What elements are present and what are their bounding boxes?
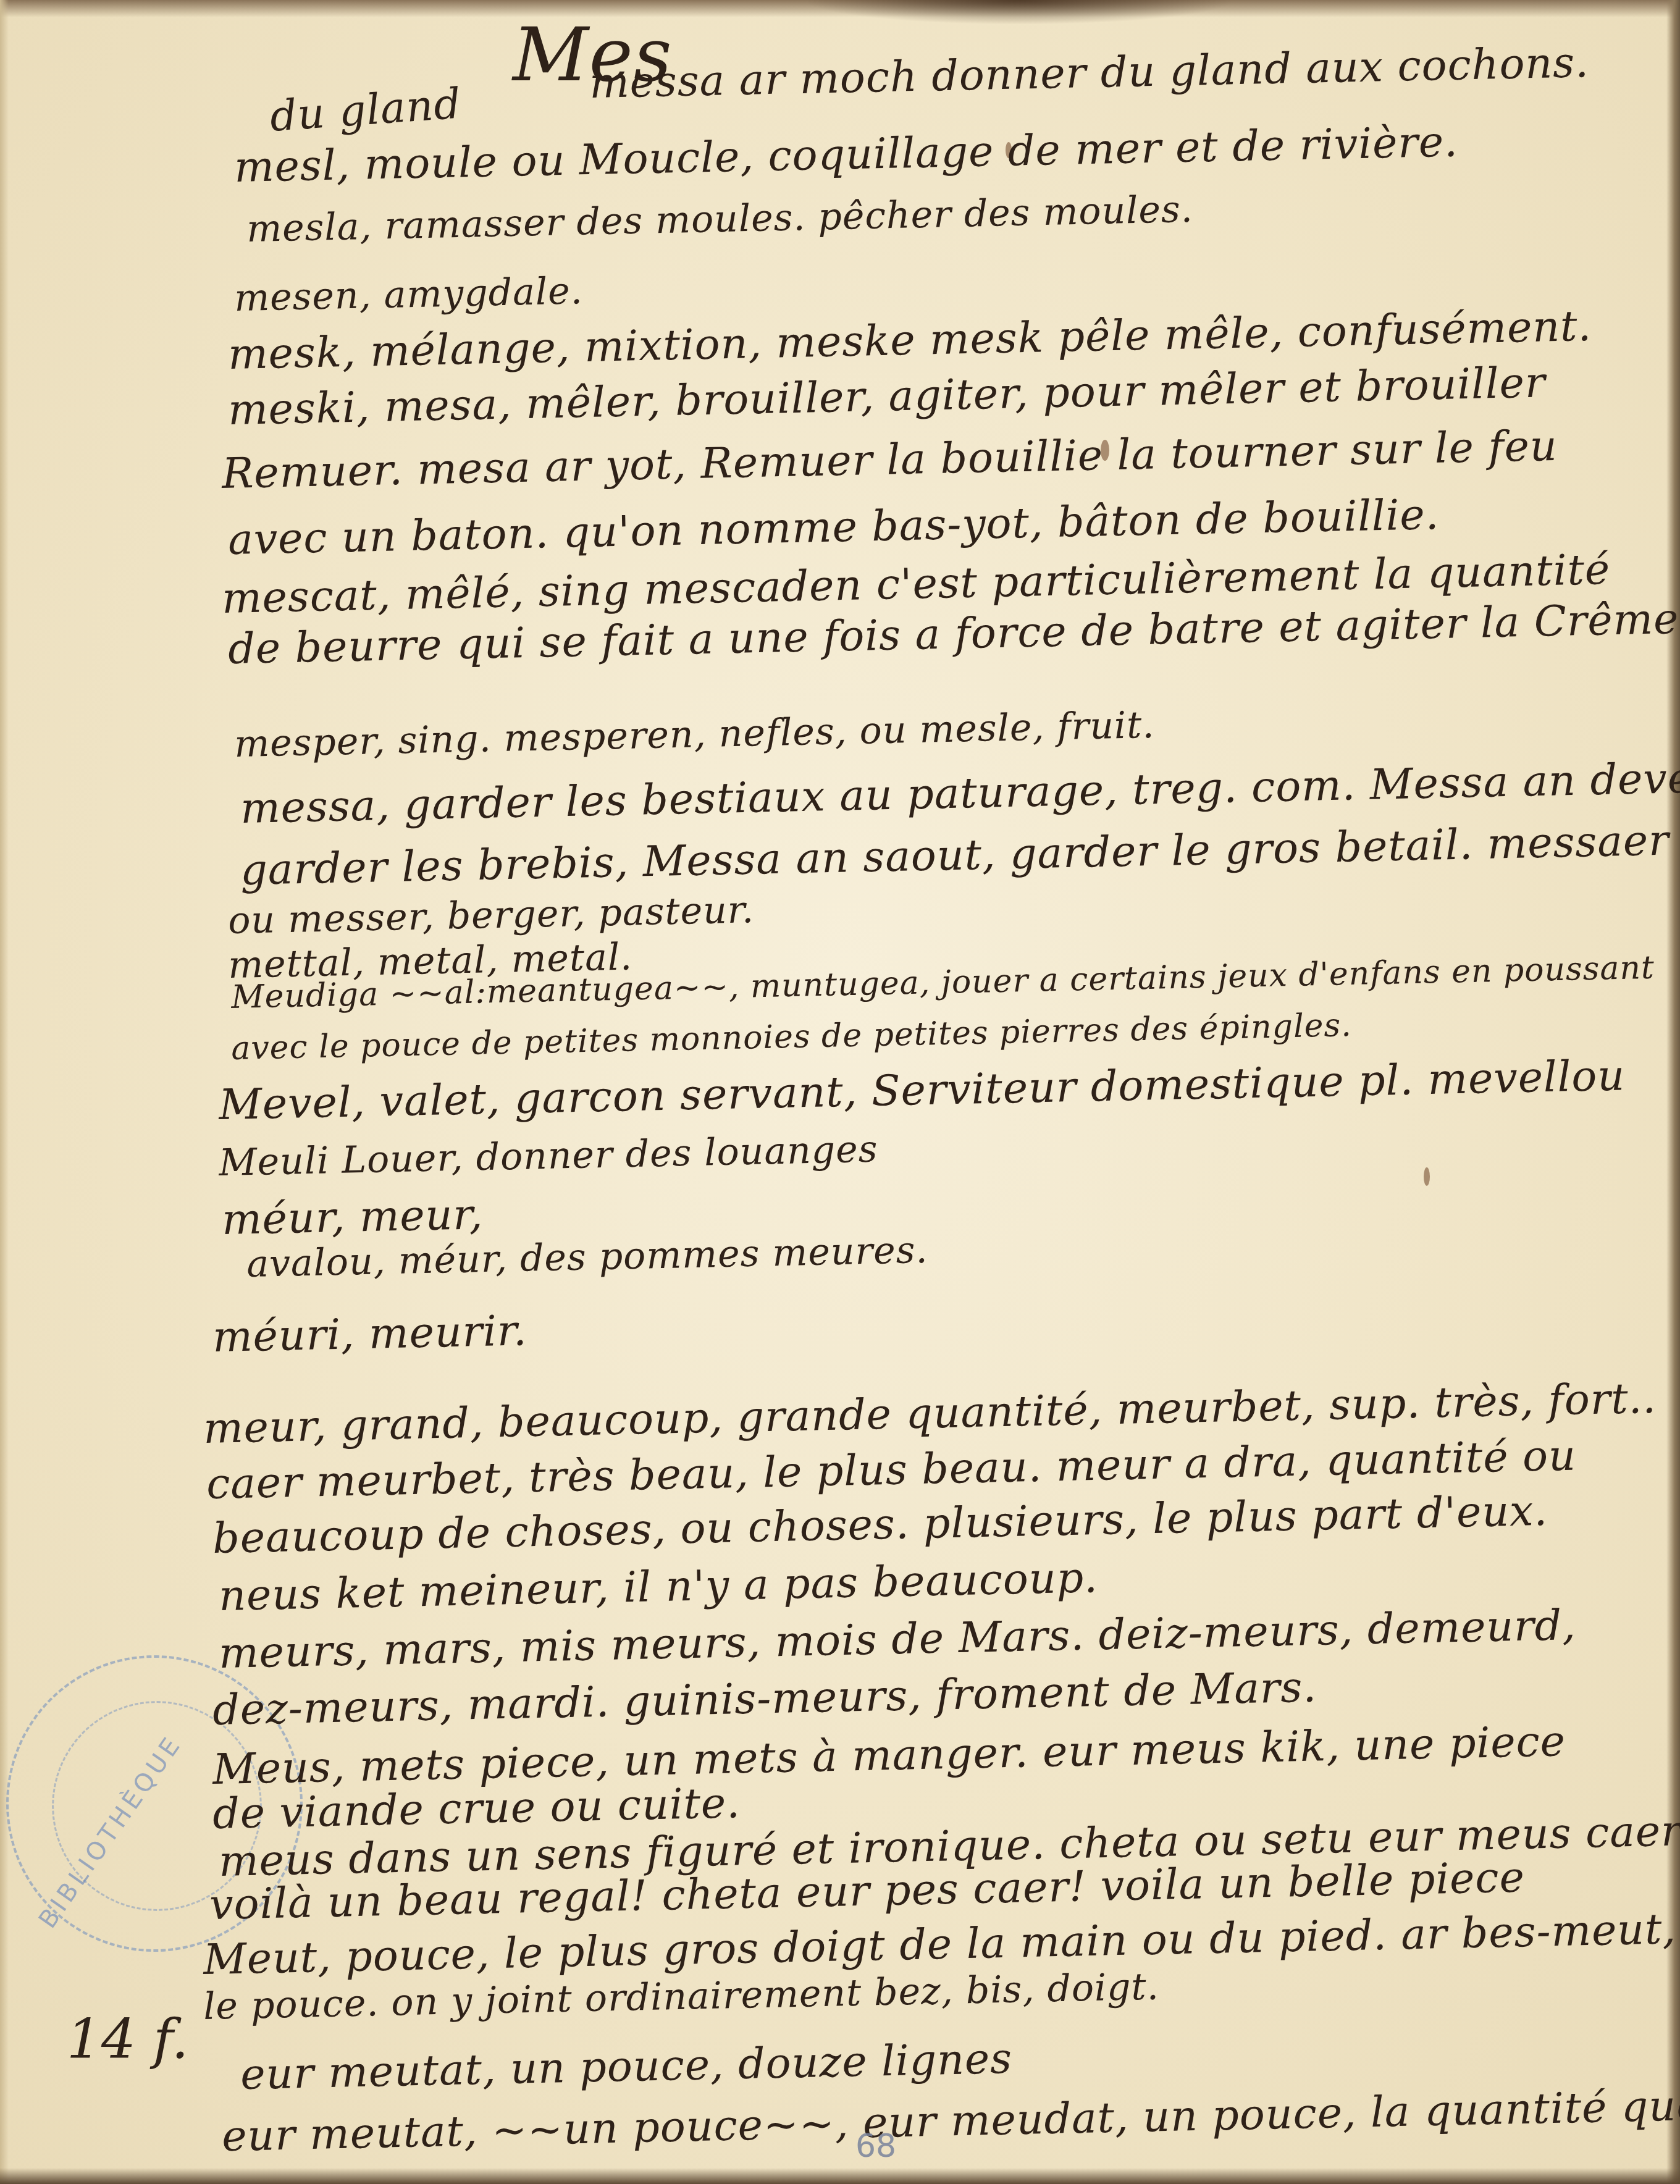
manuscript-page: BIBLIOTHÈQUE Mes du gland messa ar moch … — [0, 0, 1680, 2184]
manuscript-line: neus ket meineur, il n'y a pas beaucoup. — [218, 1553, 1098, 1621]
page-right-edge-binding-shadow — [1666, 0, 1680, 2184]
manuscript-line: messa ar moch donner du gland aux cochon… — [589, 38, 1589, 108]
manuscript-line: eur meutat, un pouce, douze lignes — [240, 2035, 1012, 2099]
page-left-edge — [0, 0, 9, 2184]
margin-folio-mark: 14 f. — [67, 2007, 188, 2071]
manuscript-line: mesen, amygdale. — [234, 269, 584, 320]
page-number: 68 — [855, 2128, 896, 2165]
manuscript-line: Remuer. mesa ar yot, Remuer la bouillie … — [221, 422, 1558, 498]
ink-blot — [1424, 1167, 1430, 1186]
page-bottom-edge — [0, 2168, 1680, 2184]
manuscript-line: ou messer, berger, pasteur. — [228, 888, 755, 943]
margin-note-du-gland: du gland — [268, 80, 463, 141]
manuscript-line: mesla, ramasser des moules. pêcher des m… — [246, 188, 1194, 251]
manuscript-line: méur, meur, — [221, 1190, 484, 1245]
top-edge-stain — [803, 0, 1235, 25]
manuscript-line: avec le pouce de petites monnoies de pet… — [231, 1007, 1353, 1067]
manuscript-line: mesper, sing. mesperen, nefles, ou mesle… — [234, 703, 1156, 766]
manuscript-line: méuri, meurir. — [212, 1306, 527, 1362]
manuscript-line: Mevel, valet, garcon servant, Serviteur … — [218, 1051, 1626, 1130]
manuscript-line: Meuli Louer, donner des louanges — [219, 1128, 879, 1185]
